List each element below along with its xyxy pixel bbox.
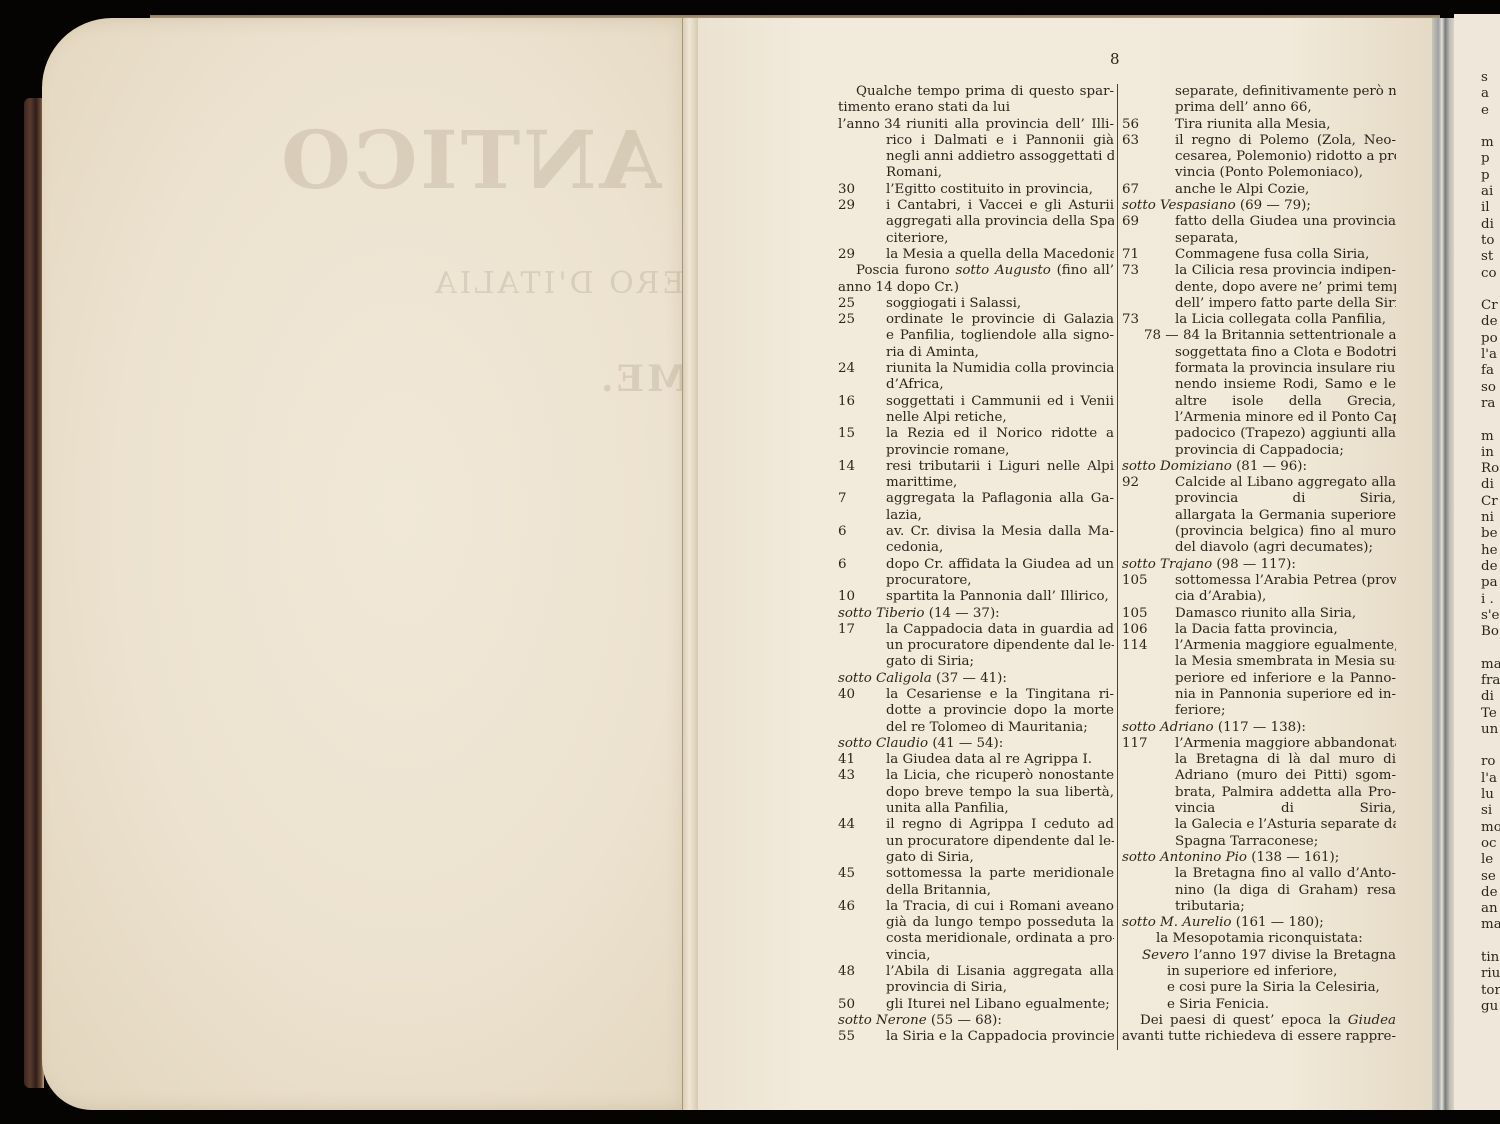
entry-line: 6dopo Cr. affidata la Giudea ad un bbox=[838, 557, 1114, 573]
year-label: 50 bbox=[838, 997, 886, 1013]
year-label: 69 bbox=[1122, 214, 1175, 230]
entry-continuation: nino (la diga di Graham) resa bbox=[1122, 883, 1396, 899]
entry-continuation: gato di Siria; bbox=[838, 654, 1114, 670]
entry-continuation: procuratore, bbox=[838, 573, 1114, 589]
entry-continuation: brata, Palmira addetta alla Pro- bbox=[1122, 785, 1396, 801]
year-label: 73 bbox=[1122, 263, 1175, 279]
entry-continuation: nendo insieme Rodi, Samo e le bbox=[1122, 377, 1396, 393]
year-label: 41 bbox=[838, 752, 886, 768]
next-page-fragment: in bbox=[1481, 445, 1500, 461]
year-label: l’anno 34 bbox=[838, 117, 906, 133]
entry-line: 6av. Cr. divisa la Mesia dalla Ma- bbox=[838, 524, 1114, 540]
entry-continuation: e Panfilia, togliendole alla signo- bbox=[838, 328, 1114, 344]
indented-line: la Mesopotamia riconquistata: bbox=[1122, 931, 1396, 947]
emperor-name: Adriano bbox=[1160, 720, 1214, 735]
emperor-name: Nerone bbox=[876, 1013, 927, 1028]
entry-continuation: formata la provincia insulare riu- bbox=[1122, 361, 1396, 377]
entry-line: 105Damasco riunito alla Siria, bbox=[1122, 606, 1396, 622]
next-page-fragment: pa bbox=[1481, 575, 1500, 591]
next-page-fragment: lu bbox=[1481, 787, 1500, 803]
next-page-fragment: Cr bbox=[1481, 494, 1500, 510]
next-page-fragment: an bbox=[1481, 901, 1500, 917]
entry-line: 10spartita la Pannonia dall’ Illirico, bbox=[838, 589, 1114, 605]
reign-heading: sotto Adriano (117 — 138): bbox=[1122, 720, 1396, 736]
entry-continuation: la Mesia smembrata in Mesia su- bbox=[1122, 654, 1396, 670]
year-label: 48 bbox=[838, 964, 886, 980]
emphasis: Giudea bbox=[1348, 1013, 1396, 1028]
next-page-fragment: tin bbox=[1481, 950, 1500, 966]
next-page-fragment: l'a bbox=[1481, 347, 1500, 363]
entry-continuation: dente, dopo avere ne’ primi tempi bbox=[1122, 280, 1396, 296]
reign-prefix: sotto bbox=[1122, 459, 1160, 474]
next-page-fragment: si bbox=[1481, 803, 1500, 819]
next-page-fragment: ni bbox=[1481, 510, 1500, 526]
next-page-fragment: di bbox=[1481, 217, 1500, 233]
next-page-fragment: to bbox=[1481, 233, 1500, 249]
next-page-fragment: di bbox=[1481, 689, 1500, 705]
entry-continuation: negli anni addietro assoggettati dai bbox=[838, 149, 1114, 165]
reign-heading: sotto Domiziano (81 — 96): bbox=[1122, 459, 1396, 475]
entry-continuation: del re Tolomeo di Mauritania; bbox=[838, 720, 1114, 736]
paragraph-line: timento erano stati da lui bbox=[838, 100, 1114, 116]
entry-continuation: nia in Pannonia superiore ed in- bbox=[1122, 687, 1396, 703]
next-page-fragment: Ro bbox=[1481, 461, 1500, 477]
year-label: 92 bbox=[1122, 475, 1175, 491]
left-binding-cover bbox=[24, 98, 44, 1088]
entry-line: 43la Licia, che ricuperò nonostante bbox=[838, 768, 1114, 784]
entry-continuation: cedonia, bbox=[838, 540, 1114, 556]
year-label: 10 bbox=[838, 589, 886, 605]
entry-line: 45sottomessa la parte meridionale bbox=[838, 866, 1114, 882]
emperor-name: Domiziano bbox=[1160, 459, 1232, 474]
entry-continuation: feriore; bbox=[1122, 703, 1396, 719]
next-page-fragment: s'e bbox=[1481, 608, 1500, 624]
next-page-sliver: sae mppaiilditostco Crdepol'afasora minR… bbox=[1454, 14, 1500, 1110]
entry-line: 73la Cilicia resa provincia indipen- bbox=[1122, 263, 1396, 279]
emperor-name: Vespasiano bbox=[1160, 198, 1236, 213]
next-page-fragment: riu bbox=[1481, 966, 1500, 982]
entry-continuation: tributaria; bbox=[1122, 899, 1396, 915]
next-page-fragment: Te bbox=[1481, 706, 1500, 722]
year-label: 17 bbox=[838, 622, 886, 638]
emperor-name: Claudio bbox=[876, 736, 928, 751]
year-label: 16 bbox=[838, 394, 886, 410]
entry-continuation: marittime, bbox=[838, 475, 1114, 491]
next-page-fragment: m bbox=[1481, 135, 1500, 151]
entry-line: 55la Siria e la Cappadocia provincie bbox=[838, 1029, 1114, 1045]
entry-continuation: lazia, bbox=[838, 508, 1114, 524]
entry-continuation: cesarea, Polemonio) ridotto a pro- bbox=[1122, 149, 1396, 165]
next-page-fragment: a bbox=[1481, 86, 1500, 102]
entry-continuation: separate, definitivamente però non bbox=[1122, 84, 1396, 100]
entry-continuation: la Bretagna di là dal muro di bbox=[1122, 752, 1396, 768]
entry-continuation: allargata la Germania superiore bbox=[1122, 508, 1396, 524]
year-label: 43 bbox=[838, 768, 886, 784]
entry-line: 71Commagene fusa colla Siria, bbox=[1122, 247, 1396, 263]
entry-line: 15la Rezia ed il Norico ridotte a bbox=[838, 426, 1114, 442]
reign-heading: sotto M. Aurelio (161 — 180); bbox=[1122, 915, 1396, 931]
next-page-fragment: mo bbox=[1481, 820, 1500, 836]
year-label: 25 bbox=[838, 296, 886, 312]
entry-continuation: unita alla Panfilia, bbox=[838, 801, 1114, 817]
entry-line: 7aggregata la Paflagonia alla Ga- bbox=[838, 491, 1114, 507]
entry-continuation: prima dell’ anno 66, bbox=[1122, 100, 1396, 116]
entry-line: 16soggettati i Cammunii ed i Venii bbox=[838, 394, 1114, 410]
entry-line: 30l’Egitto costituito in provincia, bbox=[838, 182, 1114, 198]
next-page-fragment: ma bbox=[1481, 917, 1500, 933]
reign-prefix: sotto bbox=[838, 606, 876, 621]
reign-prefix: sotto bbox=[1122, 720, 1160, 735]
entry-line: 29i Cantabri, i Vaccei e gli Asturii bbox=[838, 198, 1114, 214]
next-page-fragment: di bbox=[1481, 477, 1500, 493]
next-page-fragment: fa bbox=[1481, 363, 1500, 379]
next-page-fragment: de bbox=[1481, 885, 1500, 901]
next-page-fragment: se bbox=[1481, 869, 1500, 885]
next-page-fragment: st bbox=[1481, 249, 1500, 265]
entry-continuation: in superiore ed inferiore, bbox=[1122, 964, 1396, 980]
year-label: 114 bbox=[1122, 638, 1175, 654]
next-page-fragment: le bbox=[1481, 852, 1500, 868]
next-page-fragment: m bbox=[1481, 429, 1500, 445]
bleedthrough-subtitle: PERO D'ITALIA bbox=[432, 266, 707, 301]
next-page-fragment: i . bbox=[1481, 592, 1500, 608]
year-label: 78 — 84 bbox=[1122, 328, 1205, 344]
year-label: 7 bbox=[838, 491, 886, 507]
paragraph-line: anno 14 dopo Cr.) bbox=[838, 280, 1114, 296]
entry-continuation: separata, bbox=[1122, 231, 1396, 247]
year-label: 46 bbox=[838, 899, 886, 915]
entry-line: 67anche le Alpi Cozie, bbox=[1122, 182, 1396, 198]
year-label: 24 bbox=[838, 361, 886, 377]
entry-continuation: vincia (Ponto Polemoniaco), bbox=[1122, 165, 1396, 181]
next-page-fragment: oc bbox=[1481, 836, 1500, 852]
reign-prefix: sotto bbox=[838, 1013, 876, 1028]
paragraph-line: avanti tutte richiedeva di essere rappre… bbox=[1122, 1029, 1396, 1045]
entry-continuation: ria di Aminta, bbox=[838, 345, 1114, 361]
entry-continuation: rico i Dalmati e i Pannonii già bbox=[838, 133, 1114, 149]
year-label: 14 bbox=[838, 459, 886, 475]
reign-prefix: sotto bbox=[1122, 850, 1160, 865]
next-page-fragment: ma bbox=[1481, 657, 1500, 673]
entry-line: Severo l’anno 197 divise la Bretagna bbox=[1122, 948, 1396, 964]
entry-continuation: d’Africa, bbox=[838, 377, 1114, 393]
next-page-fragment: so bbox=[1481, 380, 1500, 396]
emperor-name: Caligola bbox=[876, 671, 932, 686]
year-label: 6 bbox=[838, 557, 886, 573]
text-column-left: Qualche tempo prima di questo spar-timen… bbox=[838, 84, 1114, 1046]
entry-line: 48l’Abila di Lisania aggregata alla bbox=[838, 964, 1114, 980]
next-page-fragment: ai bbox=[1481, 184, 1500, 200]
entry-line: 25soggiogati i Salassi, bbox=[838, 296, 1114, 312]
year-label: 30 bbox=[838, 182, 886, 198]
next-page-fragment: il bbox=[1481, 200, 1500, 216]
entry-line: 78 — 84la Britannia settentrionale as- bbox=[1122, 328, 1396, 344]
entry-continuation: provincia di Siria, bbox=[1122, 491, 1396, 507]
entry-continuation: provincie romane, bbox=[838, 443, 1114, 459]
year-label: 45 bbox=[838, 866, 886, 882]
entry-continuation: Spagna Tarraconese; bbox=[1122, 834, 1396, 850]
reign-prefix: sotto bbox=[1122, 557, 1160, 572]
year-label: 6 bbox=[838, 524, 886, 540]
next-page-fragment bbox=[1481, 640, 1500, 656]
next-page-fragment bbox=[1481, 282, 1500, 298]
year-label: 67 bbox=[1122, 182, 1175, 198]
reign-heading: sotto Nerone (55 — 68): bbox=[838, 1013, 1114, 1029]
reign-prefix: sotto bbox=[1122, 915, 1160, 930]
next-page-fragment: be bbox=[1481, 526, 1500, 542]
emperor-name: M. Aurelio bbox=[1160, 915, 1231, 930]
entry-continuation: Romani, bbox=[838, 165, 1114, 181]
emperor-name: sotto Augusto bbox=[955, 263, 1050, 278]
entry-line: 24riunita la Numidia colla provincia bbox=[838, 361, 1114, 377]
left-page: NDO ANTICO PERO D'ITALIA EME. bbox=[42, 18, 694, 1110]
scanned-book-spread: NDO ANTICO PERO D'ITALIA EME. 8 Qualche … bbox=[0, 0, 1500, 1124]
entry-line: 56Tira riunita alla Mesia, bbox=[1122, 117, 1396, 133]
entry-continuation: citeriore, bbox=[838, 231, 1114, 247]
entry-line: 29la Mesia a quella della Macedonia. bbox=[838, 247, 1114, 263]
entry-line: 106la Dacia fatta provincia, bbox=[1122, 622, 1396, 638]
next-page-fragment: de bbox=[1481, 314, 1500, 330]
next-page-fragment: p bbox=[1481, 168, 1500, 184]
entry-continuation: provincia di Cappadocia; bbox=[1122, 443, 1396, 459]
next-page-fragment: s bbox=[1481, 70, 1500, 86]
entry-line: 46la Tracia, di cui i Romani aveano bbox=[838, 899, 1114, 915]
column-divider bbox=[1117, 84, 1118, 1050]
emperor-name: Tiberio bbox=[876, 606, 924, 621]
year-label: 40 bbox=[838, 687, 886, 703]
year-label: 106 bbox=[1122, 622, 1175, 638]
next-page-fragment: ra bbox=[1481, 396, 1500, 412]
next-page-fragment: de bbox=[1481, 559, 1500, 575]
year-label: 56 bbox=[1122, 117, 1175, 133]
paragraph-line: Dei paesi di quest’ epoca la Giudea bbox=[1122, 1013, 1396, 1029]
entry-line: 40la Cesariense e la Tingitana ri- bbox=[838, 687, 1114, 703]
entry-continuation: nelle Alpi retiche, bbox=[838, 410, 1114, 426]
reign-heading: sotto Antonino Pio (138 — 161); bbox=[1122, 850, 1396, 866]
entry-continuation: dopo breve tempo la sua libertà, bbox=[838, 785, 1114, 801]
entry-continuation: già da lungo tempo posseduta la bbox=[838, 915, 1114, 931]
paragraph-line: Qualche tempo prima di questo spar- bbox=[838, 84, 1114, 100]
reign-heading: sotto Vespasiano (69 — 79); bbox=[1122, 198, 1396, 214]
stacked-page-edges bbox=[1432, 18, 1454, 1110]
next-page-text: sae mppaiilditostco Crdepol'afasora minR… bbox=[1481, 70, 1500, 1015]
reign-prefix: sotto bbox=[838, 671, 876, 686]
entry-continuation: soggettata fino a Clota e Bodotria, bbox=[1122, 345, 1396, 361]
reign-prefix: sotto bbox=[838, 736, 876, 751]
next-page-fragment: he bbox=[1481, 543, 1500, 559]
year-label: 15 bbox=[838, 426, 886, 442]
text-column-right: separate, definitivamente però nonprima … bbox=[1122, 84, 1396, 1046]
entry-line: 63il regno di Polemo (Zola, Neo- bbox=[1122, 133, 1396, 149]
entry-continuation: (provincia belgica) fino al muro bbox=[1122, 524, 1396, 540]
entry-line: 50gli Iturei nel Libano egualmente; bbox=[838, 997, 1114, 1013]
entry-continuation: dell’ impero fatto parte della Siria, bbox=[1122, 296, 1396, 312]
year-label: 25 bbox=[838, 312, 886, 328]
next-page-fragment: gu bbox=[1481, 999, 1500, 1015]
entry-continuation: vincia di Siria, bbox=[1122, 801, 1396, 817]
next-page-fragment: co bbox=[1481, 266, 1500, 282]
entry-continuation: un procuratore dipendente dal le- bbox=[838, 834, 1114, 850]
next-page-fragment: po bbox=[1481, 331, 1500, 347]
entry-continuation: periore ed inferiore e la Panno- bbox=[1122, 671, 1396, 687]
entry-continuation: della Britannia, bbox=[838, 883, 1114, 899]
next-page-fragment: un bbox=[1481, 722, 1500, 738]
next-page-fragment: fra bbox=[1481, 673, 1500, 689]
entry-line: 14resi tributarii i Liguri nelle Alpi bbox=[838, 459, 1114, 475]
next-page-fragment bbox=[1481, 412, 1500, 428]
entry-continuation: gato di Siria, bbox=[838, 850, 1114, 866]
entry-continuation: Adriano (muro dei Pitti) sgom- bbox=[1122, 768, 1396, 784]
entry-continuation: la Galecia e l’Asturia separate dalla bbox=[1122, 817, 1396, 833]
next-page-fragment: Cr bbox=[1481, 298, 1500, 314]
year-label: 73 bbox=[1122, 312, 1175, 328]
emperor-name: Antonino Pio bbox=[1160, 850, 1247, 865]
next-page-fragment: p bbox=[1481, 151, 1500, 167]
reign-heading: sotto Caligola (37 — 41): bbox=[838, 671, 1114, 687]
next-page-fragment: l'a bbox=[1481, 771, 1500, 787]
emperor-name: Severo bbox=[1142, 948, 1194, 963]
entry-line: 69fatto della Giudea una provincia bbox=[1122, 214, 1396, 230]
entry-continuation: un procuratore dipendente dal le- bbox=[838, 638, 1114, 654]
next-page-fragment bbox=[1481, 119, 1500, 135]
next-page-fragment: ro bbox=[1481, 754, 1500, 770]
entry-continuation: del diavolo (agri decumates); bbox=[1122, 540, 1396, 556]
entry-continuation: vincia, bbox=[838, 948, 1114, 964]
entry-continuation: dotte a provincie dopo la morte bbox=[838, 703, 1114, 719]
year-label: 55 bbox=[838, 1029, 886, 1045]
year-label: 63 bbox=[1122, 133, 1175, 149]
entry-continuation: aggregati alla provincia della Spagna bbox=[838, 214, 1114, 230]
entry-continuation: altre isole della Grecia, bbox=[1122, 394, 1396, 410]
entry-continuation: padocico (Trapezo) aggiunti alla bbox=[1122, 426, 1396, 442]
entry-line: 17la Cappadocia data in guardia ad bbox=[838, 622, 1114, 638]
year-label: 71 bbox=[1122, 247, 1175, 263]
entry-continuation: provincia di Siria, bbox=[838, 980, 1114, 996]
entry-continuation: e Siria Fenicia. bbox=[1122, 997, 1396, 1013]
entry-line: 117l’Armenia maggiore abbandonata, bbox=[1122, 736, 1396, 752]
reign-heading: sotto Claudio (41 — 54): bbox=[838, 736, 1114, 752]
entry-line: 41la Giudea data al re Agrippa I. bbox=[838, 752, 1114, 768]
next-page-fragment: tor bbox=[1481, 983, 1500, 999]
year-label: 105 bbox=[1122, 573, 1175, 589]
entry-line: 44il regno di Agrippa I ceduto ad bbox=[838, 817, 1114, 833]
entry-line: 114l’Armenia maggiore egualmente, bbox=[1122, 638, 1396, 654]
year-label: 29 bbox=[838, 198, 886, 214]
year-label: 29 bbox=[838, 247, 886, 263]
entry-continuation: l’Armenia minore ed il Ponto Cap- bbox=[1122, 410, 1396, 426]
reign-heading: sotto Trajano (98 — 117): bbox=[1122, 557, 1396, 573]
entry-line: 92Calcide al Libano aggregato alla bbox=[1122, 475, 1396, 491]
entry-continuation: cia d’Arabia), bbox=[1122, 589, 1396, 605]
entry-line: 105sottomessa l’Arabia Petrea (provin- bbox=[1122, 573, 1396, 589]
next-page-fragment bbox=[1481, 934, 1500, 950]
next-page-fragment: e bbox=[1481, 103, 1500, 119]
year-label: 105 bbox=[1122, 606, 1175, 622]
next-page-fragment: Bo bbox=[1481, 624, 1500, 640]
reign-prefix: sotto bbox=[1122, 198, 1160, 213]
emperor-name: Trajano bbox=[1160, 557, 1212, 572]
entry-line: 73la Licia collegata colla Panfilia, bbox=[1122, 312, 1396, 328]
page-number: 8 bbox=[1110, 50, 1120, 68]
reign-heading: sotto Tiberio (14 — 37): bbox=[838, 606, 1114, 622]
year-label: 117 bbox=[1122, 736, 1175, 752]
entry-line: l’anno 34riuniti alla provincia dell’ Il… bbox=[838, 117, 1114, 133]
next-page-fragment bbox=[1481, 738, 1500, 754]
paragraph-line: Poscia furono sotto Augusto (fino all’ bbox=[838, 263, 1114, 279]
entry-continuation: la Bretagna fino al vallo d’Anto- bbox=[1122, 866, 1396, 882]
entry-continuation: e cosi pure la Siria la Celesiria, bbox=[1122, 980, 1396, 996]
entry-continuation: costa meridionale, ordinata a pro- bbox=[838, 931, 1114, 947]
year-label: 44 bbox=[838, 817, 886, 833]
entry-line: 25ordinate le provincie di Galazia bbox=[838, 312, 1114, 328]
